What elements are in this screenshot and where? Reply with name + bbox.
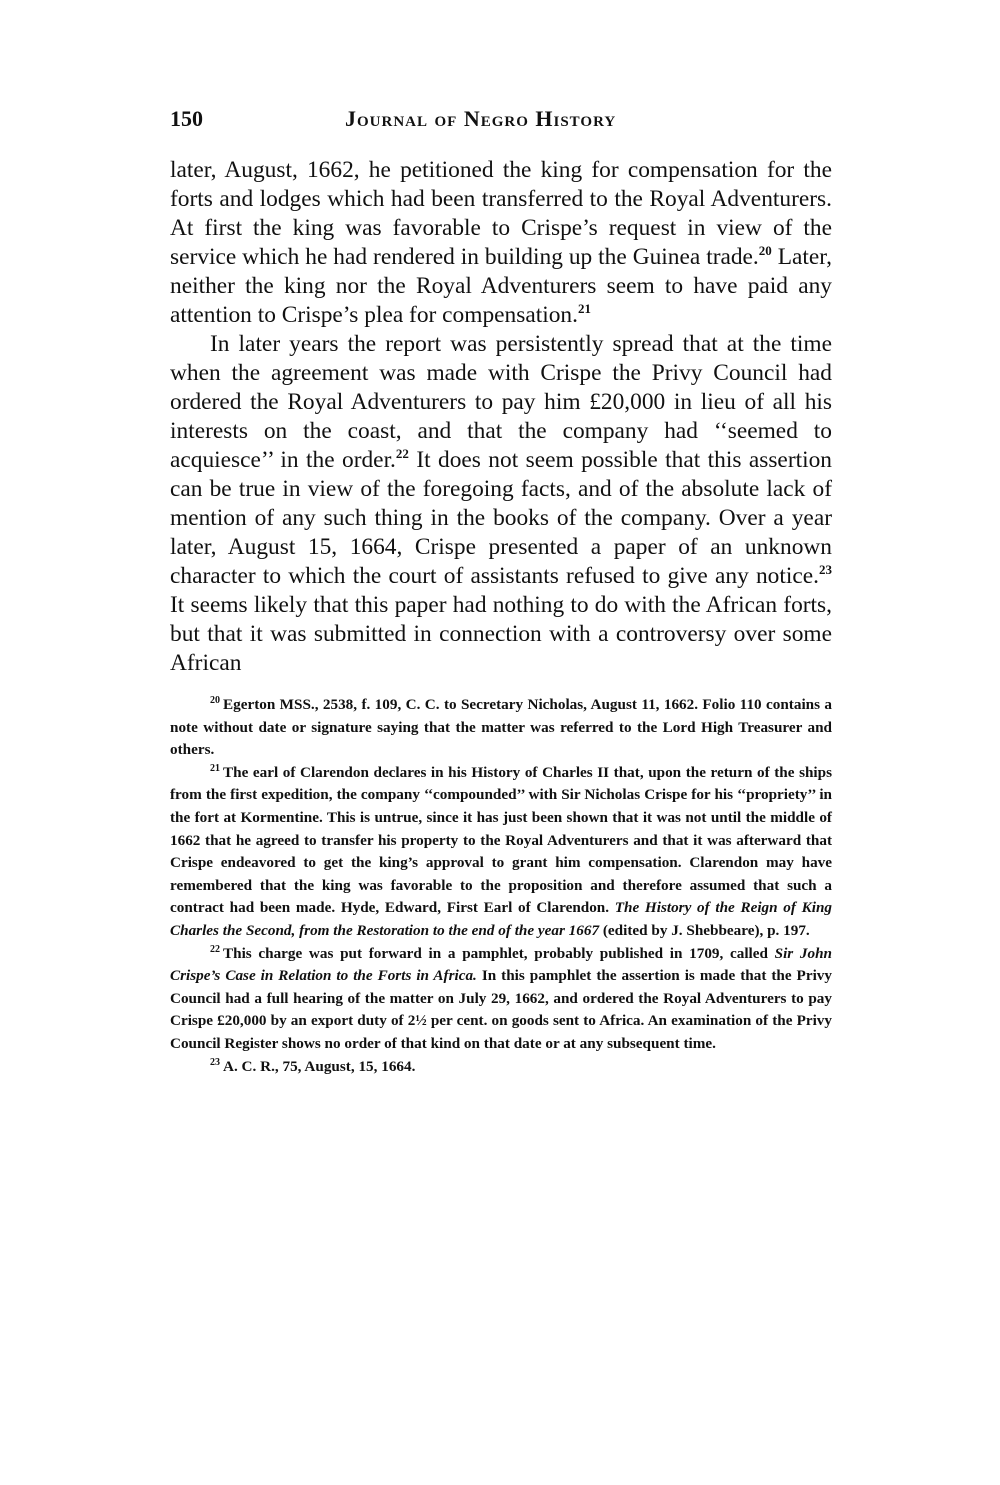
footnote-22: 22This charge was put forward in a pamph… (170, 943, 832, 1056)
paragraph-1: later, August, 1662, he petitioned the k… (170, 156, 832, 330)
footnote-20: 20Egerton MSS., 2538, f. 109, C. C. to S… (170, 694, 832, 762)
running-head: 150 Journal of Negro History (170, 100, 832, 140)
footnote-text: Egerton MSS., 2538, f. 109, C. C. to Sec… (170, 696, 832, 758)
page-number: 150 (170, 106, 203, 132)
footnote-text: This charge was put forward in a pamphle… (223, 945, 775, 962)
journal-title: Journal of Negro History (345, 106, 616, 132)
footnote-ref-22[interactable]: 22 (396, 446, 409, 461)
footnote-number: 22 (210, 944, 220, 955)
footnote-21: 21The earl of Clarendon declares in his … (170, 762, 832, 943)
footnote-ref-20[interactable]: 20 (759, 243, 772, 258)
document-page: 150 Journal of Negro History later, Augu… (170, 100, 832, 1078)
footnote-text: (edited by J. Shebbeare), p. 197. (599, 922, 810, 939)
footnote-text: The earl of Clarendon declares in his Hi… (170, 764, 832, 917)
footnote-number: 21 (210, 763, 220, 774)
footnote-23: 23A. C. R., 75, August, 15, 1664. (170, 1056, 832, 1079)
footnote-ref-21[interactable]: 21 (578, 301, 591, 316)
footnote-number: 20 (210, 695, 220, 706)
paragraph-2: In later years the report was persistent… (170, 330, 832, 678)
footnotes-section: 20Egerton MSS., 2538, f. 109, C. C. to S… (170, 694, 832, 1078)
paragraph-text: It seems likely that this paper had noth… (170, 592, 832, 676)
footnote-ref-23[interactable]: 23 (819, 562, 832, 577)
body-text: later, August, 1662, he petitioned the k… (170, 156, 832, 678)
footnote-number: 23 (210, 1057, 220, 1068)
paragraph-text: later, August, 1662, he petitioned the k… (170, 157, 832, 270)
footnote-text: A. C. R., 75, August, 15, 1664. (223, 1058, 415, 1075)
